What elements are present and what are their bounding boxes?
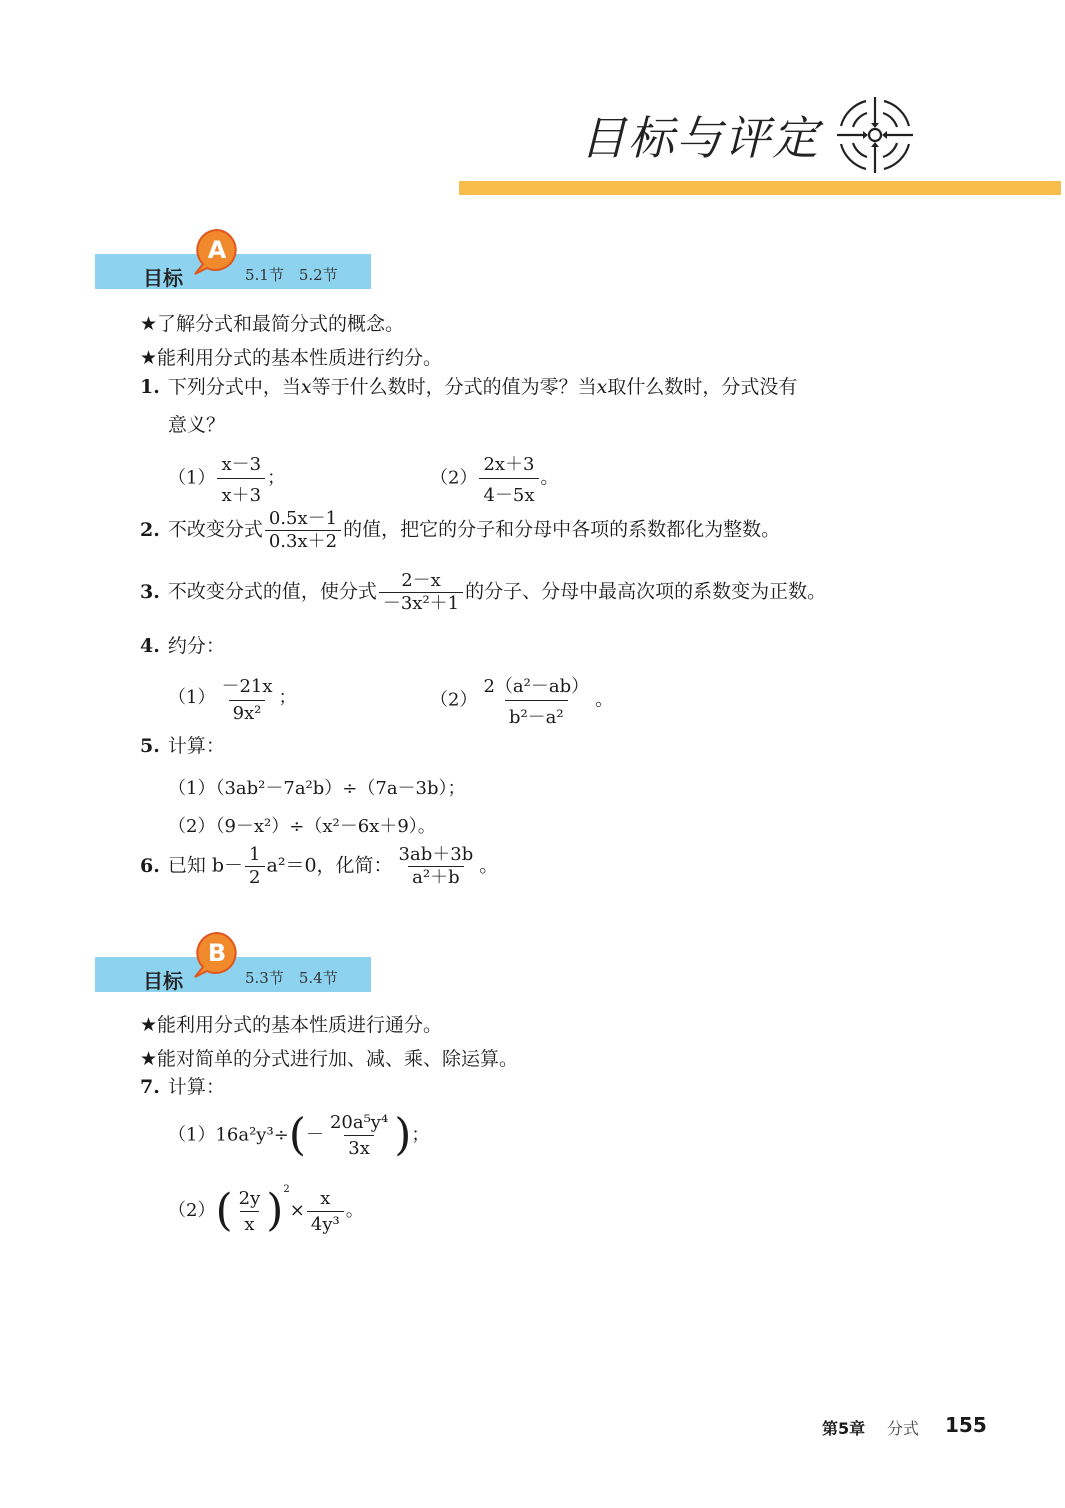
question-7: 7.计算： <box>140 1078 225 1097</box>
page-number: 155 <box>945 1413 987 1437</box>
page-title: 目标与评定 <box>580 102 820 168</box>
title-underline-bar <box>459 181 1061 195</box>
section-refs: 5.1节 5.2节 <box>245 264 338 285</box>
badge-letter: A <box>193 228 241 272</box>
chapter-number: 第5章 <box>822 1416 865 1439</box>
question-5: 5.计算： <box>140 737 225 756</box>
question-1-part-2: （2）2x＋34－5x。 <box>430 450 559 507</box>
goal-item: ★能对简单的分式进行加、减、乘、除运算。 <box>140 1044 518 1071</box>
badge-letter: B <box>193 931 241 975</box>
section-label: 目标 <box>143 965 183 994</box>
question-1: 1.下列分式中，当x等于什么数时，分式的值为零？当x取什么数时，分式没有 <box>140 378 797 397</box>
goal-item: ★能利用分式的基本性质进行通分。 <box>140 1010 442 1037</box>
target-icon <box>836 96 914 174</box>
chapter-name: 分式 <box>887 1416 919 1439</box>
question-1-part-1: （1）x－3x＋3； <box>168 450 285 507</box>
question-3: 3.不改变分式的值，使分式2－x－3x²＋1的分子、分母中最高次项的系数变为正数… <box>140 572 826 613</box>
question-7-part-2: （2）(2yx)2×x4y³。 <box>168 1184 364 1235</box>
question-4-part-2: （2）2（a²－ab）b²－a²。 <box>430 672 613 729</box>
question-1-cont: 意义？ <box>168 416 225 435</box>
section-refs: 5.3节 5.4节 <box>245 967 338 988</box>
section-b-band: 目标 B 5.3节 5.4节 <box>95 957 371 992</box>
question-2: 2.不改变分式0.5x－10.3x＋2的值，把它的分子和分母中各项的系数都化为整… <box>140 510 780 551</box>
goal-item: ★能利用分式的基本性质进行约分。 <box>140 343 442 370</box>
section-a-band: 目标 A 5.1节 5.2节 <box>95 254 371 289</box>
question-4-part-1: （1）－21x9x²； <box>168 672 297 724</box>
question-4: 4.约分： <box>140 637 225 656</box>
section-label: 目标 <box>143 262 183 291</box>
goal-item: ★了解分式和最简分式的概念。 <box>140 309 404 336</box>
question-5-part-1: （1）（3ab²－7a²b）÷（7a－3b）； <box>168 774 466 800</box>
question-7-part-1: （1）16a²y³÷(－20a⁵y⁴3x)； <box>168 1112 429 1159</box>
question-6: 6.已知 b－12a²＝0，化简：3ab＋3ba²＋b。 <box>140 846 498 887</box>
question-5-part-2: （2）（9－x²）÷（x²－6x＋9）。 <box>168 812 436 838</box>
